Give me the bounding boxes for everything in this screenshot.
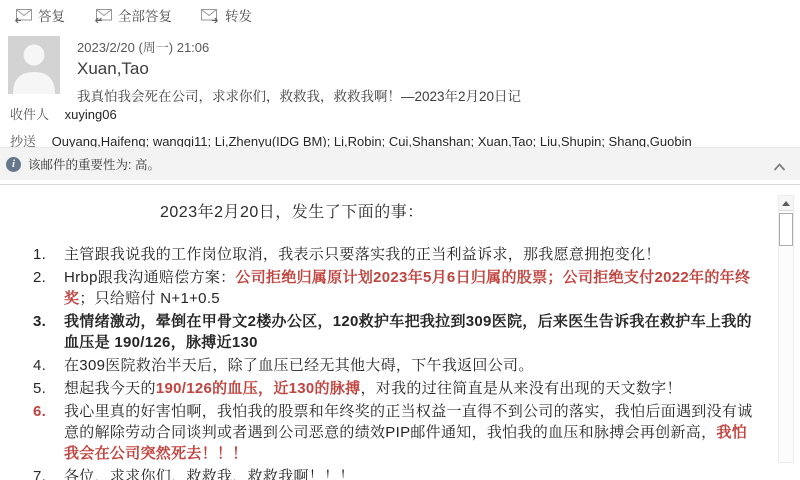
importance-info-bar: i 该邮件的重要性为: 高。	[0, 147, 800, 180]
list-item: 6.我心里真的好害怕啊，我怕我的股票和年终奖的正当权益一直得不到公司的落实，我怕…	[33, 401, 756, 464]
scroll-up-button[interactable]	[779, 196, 793, 211]
list-item-number: 4.	[33, 355, 64, 376]
list-item-segment: 我心里真的好害怕啊，我怕我的股票和年终奖的正当权益一直得不到公司的落实，我怕后面…	[64, 403, 753, 441]
list-item-text: 在309医院救治半天后，除了血压已经无其他大碍，下午我返回公司。	[64, 355, 756, 376]
list-item: 3.我情绪激动，晕倒在甲骨文2楼办公区，120救护车把我拉到309医院，后来医生…	[33, 311, 756, 353]
list-item-segment: 各位，求求你们，救救我，救救我啊！！！	[64, 468, 355, 480]
scrollbar[interactable]	[778, 195, 794, 463]
scroll-up-arrow-icon	[782, 201, 790, 206]
importance-notice-text: 该邮件的重要性为: 高。	[28, 155, 160, 173]
numbered-list: 1.主管跟我说我的工作岗位取消，我表示只要落实我的正当利益诉求，那我愿意拥抱变化…	[0, 244, 800, 480]
list-item-segment: 主管跟我说我的工作岗位取消，我表示只要落实我的正当利益诉求，那我愿意拥抱变化！	[64, 246, 661, 263]
list-item-text: 主管跟我说我的工作岗位取消，我表示只要落实我的正当利益诉求，那我愿意拥抱变化！	[64, 244, 756, 265]
message-body: 2023年2月20日，发生了下面的事： 1.主管跟我说我的工作岗位取消，我表示只…	[0, 185, 800, 480]
list-item-segment: Hrbp跟我沟通赔偿方案：	[64, 269, 235, 286]
list-item-number: 7.	[33, 466, 64, 480]
list-item-segment: 190/126的血压，近130的脉搏	[156, 380, 361, 397]
sender-name[interactable]: Xuan,Tao	[77, 59, 777, 79]
list-item: 2.Hrbp跟我沟通赔偿方案：公司拒绝归属原计划2023年5月6日归属的股票；公…	[33, 267, 756, 309]
list-item-text: 我心里真的好害怕啊，我怕我的股票和年终奖的正当权益一直得不到公司的落实，我怕后面…	[64, 401, 756, 464]
list-item-segment: ；只给赔付 N+1+0.5	[79, 290, 220, 307]
list-item-number: 1.	[33, 244, 64, 265]
list-item: 7.各位，求求你们，救救我，救救我啊！！！	[33, 466, 756, 480]
list-item-segment: 我情绪激动，晕倒在甲骨文2楼办公区，120救护车把我拉到309医院，后来医生告诉…	[64, 313, 752, 351]
list-item-segment: ，对我的过往简直是从来没有出现的天文数字！	[360, 380, 681, 397]
list-item-text: Hrbp跟我沟通赔偿方案：公司拒绝归属原计划2023年5月6日归属的股票；公司拒…	[64, 267, 756, 309]
reply-label: 答复	[38, 5, 65, 25]
list-item-text: 我情绪激动，晕倒在甲骨文2楼办公区，120救护车把我拉到309医院，后来医生告诉…	[64, 311, 756, 353]
message-meta: 2023/2/20 (周一) 21:06 Xuan,Tao 我真怕我会死在公司，…	[77, 37, 777, 105]
list-item-number: 5.	[33, 378, 64, 399]
sender-avatar[interactable]	[8, 36, 60, 94]
forward-envelope-icon	[200, 8, 220, 23]
to-row: 收件人 xuying06	[10, 104, 790, 123]
reply-all-label: 全部答复	[118, 5, 172, 25]
info-icon: i	[6, 157, 21, 172]
forward-button[interactable]: 转发	[197, 3, 255, 27]
list-item: 1.主管跟我说我的工作岗位取消，我表示只要落实我的正当利益诉求，那我愿意拥抱变化…	[33, 244, 756, 265]
list-item-text: 想起我今天的190/126的血压，近130的脉搏，对我的过往简直是从来没有出现的…	[64, 378, 756, 399]
reply-all-button[interactable]: 全部答复	[90, 3, 175, 27]
message-subject: 我真怕我会死在公司，求求你们，救救我，救救我啊！—2023年2月20日记	[77, 85, 777, 105]
forward-label: 转发	[225, 5, 252, 25]
list-item-segment: 在309医院救治半天后，除了血压已经无其他大碍，下午我返回公司。	[64, 357, 534, 374]
list-item: 4.在309医院救治半天后，除了血压已经无其他大碍，下午我返回公司。	[33, 355, 756, 376]
list-item-text: 各位，求求你们，救救我，救救我啊！！！	[64, 466, 756, 480]
list-item: 5.想起我今天的190/126的血压，近130的脉搏，对我的过往简直是从来没有出…	[33, 378, 756, 399]
reply-all-envelope-icon	[93, 8, 113, 23]
chevron-up-icon[interactable]	[772, 162, 787, 172]
message-datetime: 2023/2/20 (周一) 21:06	[77, 37, 777, 56]
list-item-number: 3.	[33, 311, 64, 353]
list-item-number: 2.	[33, 267, 64, 309]
list-item-segment: 想起我今天的	[64, 380, 156, 397]
reply-envelope-icon	[13, 8, 33, 23]
scrollbar-thumb[interactable]	[779, 213, 793, 246]
body-heading: 2023年2月20日，发生了下面的事：	[0, 185, 800, 222]
to-label: 收件人	[10, 107, 49, 122]
list-item-number: 6.	[33, 401, 64, 464]
reply-button[interactable]: 答复	[10, 3, 68, 27]
message-toolbar: 答复 全部答复 转发	[10, 3, 255, 27]
to-value[interactable]: xuying06	[65, 107, 117, 122]
